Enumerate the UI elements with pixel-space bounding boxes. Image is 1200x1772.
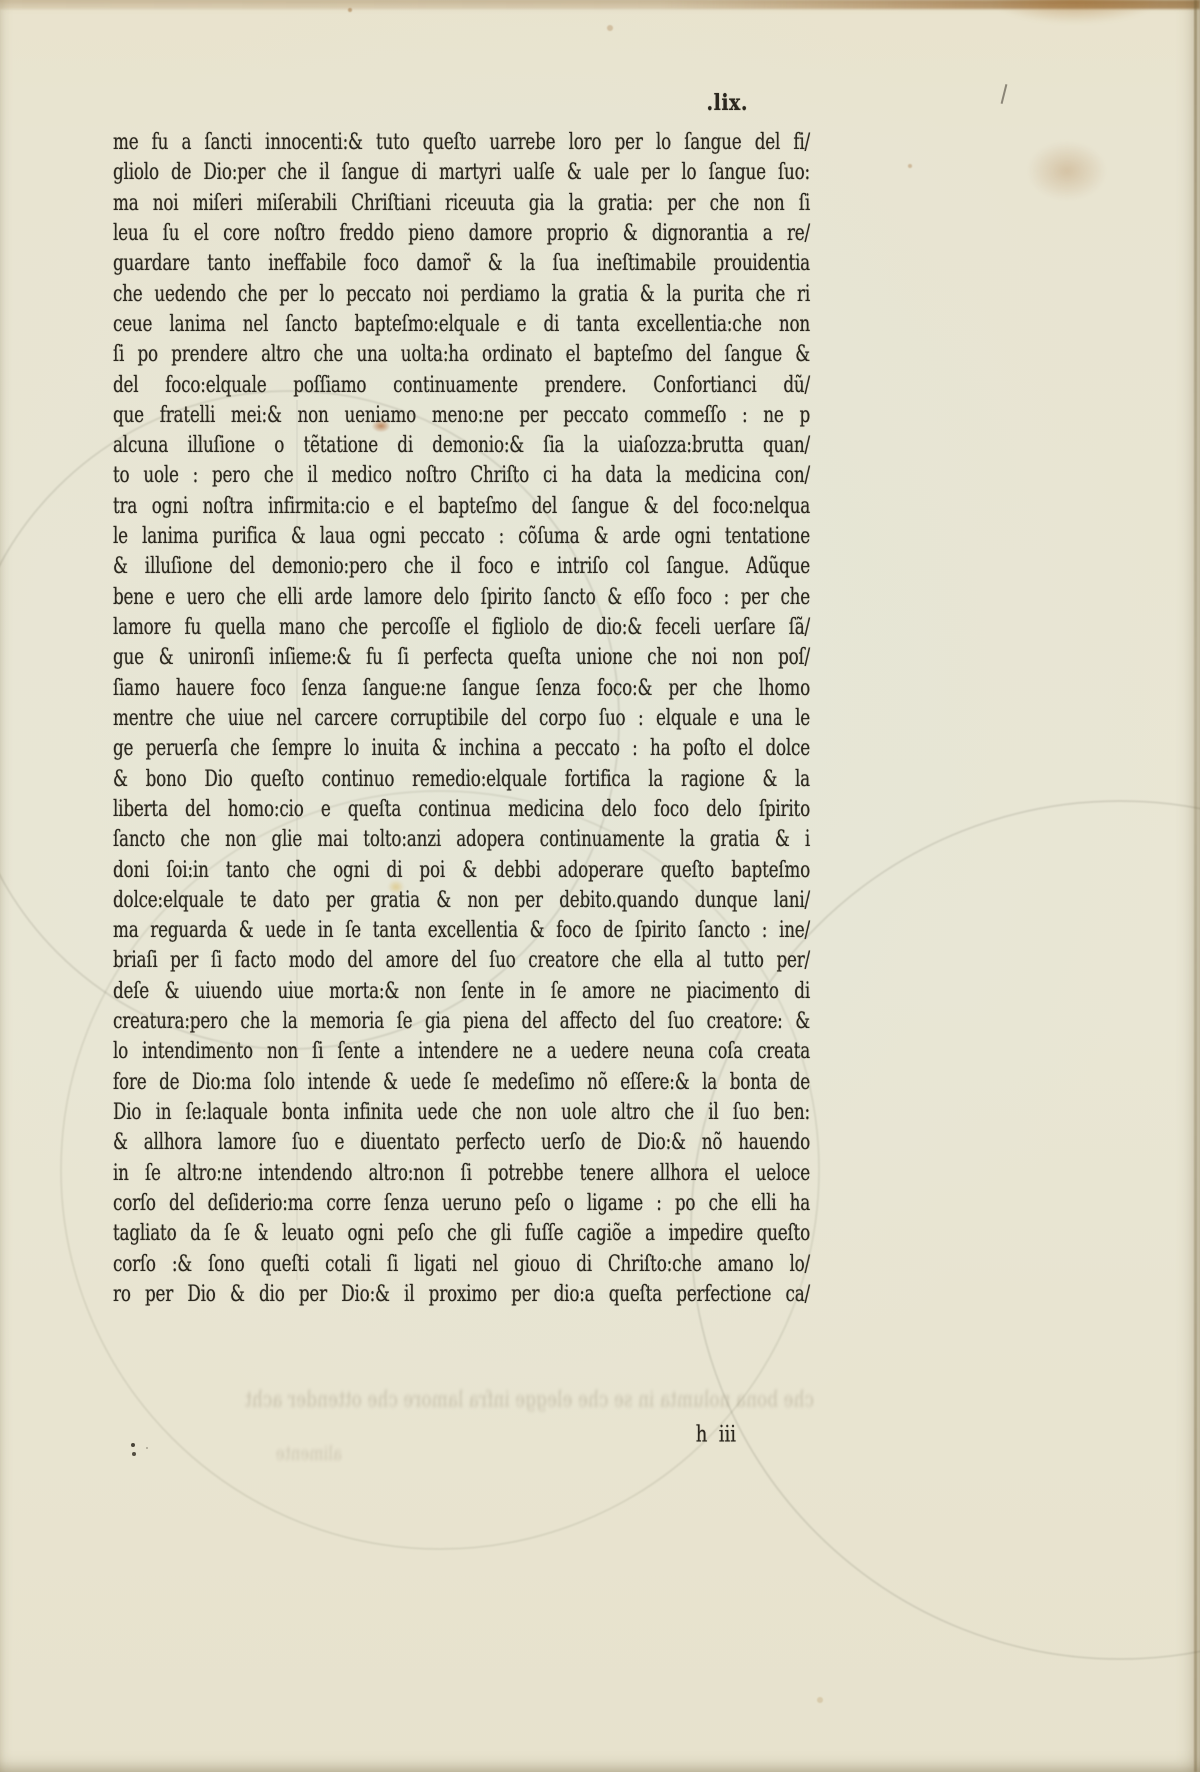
stray-ink-mark <box>131 1443 135 1447</box>
book-page-scan: .lix. me fu a ſancti innocenti:& tuto qu… <box>0 0 1200 1772</box>
page-edge-shadow <box>1194 0 1197 1772</box>
paper-chain-line <box>296 400 298 1280</box>
margin-stain <box>1028 142 1106 200</box>
stray-pen-stroke <box>1001 84 1008 104</box>
foxing-dots <box>348 8 352 12</box>
folio-number: .lix. <box>113 90 810 116</box>
corner-stain <box>985 0 1165 24</box>
